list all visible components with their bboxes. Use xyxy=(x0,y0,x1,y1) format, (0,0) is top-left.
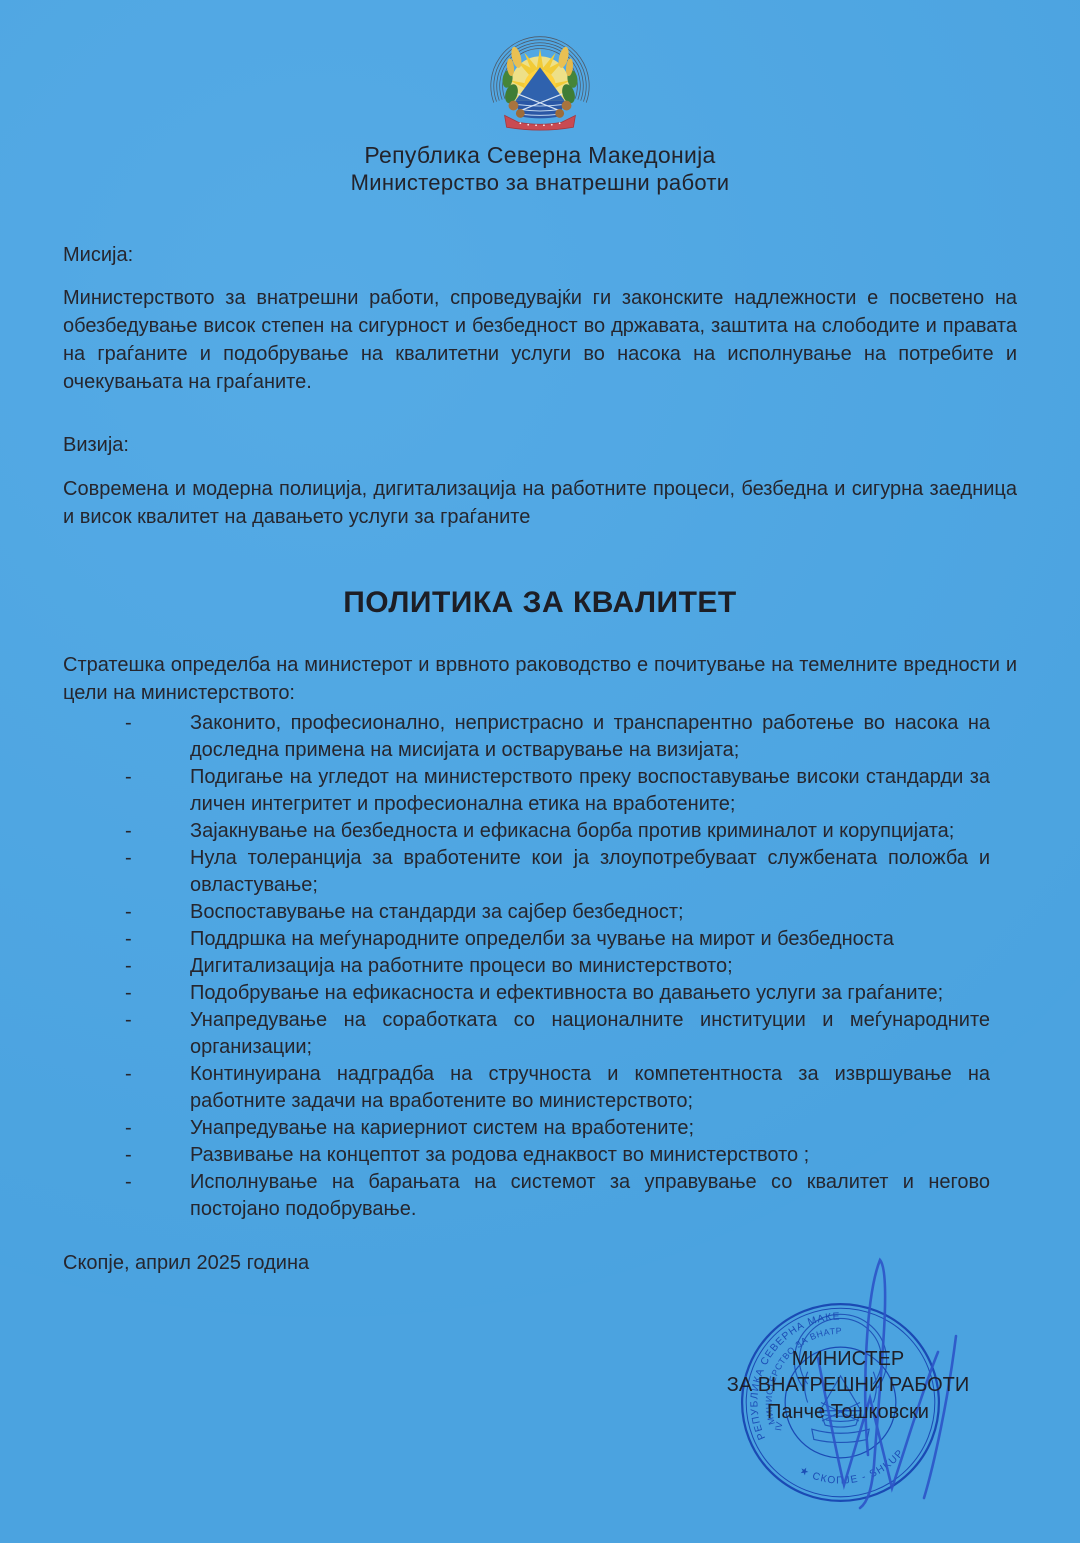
bullet-text: Дигитализација на работните процеси во м… xyxy=(190,953,990,980)
bullet-text: Воспоставување на стандарди за сајбер бе… xyxy=(190,899,990,926)
vision-label: Визија: xyxy=(63,431,1017,459)
bullet-marker: - xyxy=(63,926,190,953)
list-item: - Законито, професионално, непристрасно … xyxy=(63,710,1017,764)
list-item: - Континуирана надградба на стручноста и… xyxy=(63,1061,1017,1115)
bullet-text: Нула толеранција за вработените кои ја з… xyxy=(190,845,990,899)
list-item: - Исполнување на барањата на системот за… xyxy=(63,1169,1017,1223)
list-item: - Развивање на концептот за родова еднак… xyxy=(63,1142,1017,1169)
policy-bullet-list: - Законито, професионално, непристрасно … xyxy=(63,710,1017,1223)
bullet-marker: - xyxy=(63,1142,190,1169)
bullet-text: Унапредување на соработката со националн… xyxy=(190,1007,990,1061)
mission-label: Мисија: xyxy=(63,241,1017,269)
list-item: - Зајакнување на безбедноста и ефикасна … xyxy=(63,818,1017,845)
policy-intro: Стратешка определба на министерот и врвн… xyxy=(63,651,1017,707)
header-emblem xyxy=(0,0,1080,141)
minister-signature-block: МИНИСТЕР ЗА ВНАТРЕШНИ РАБОТИ Панче Тошко… xyxy=(698,1346,998,1425)
bullet-marker: - xyxy=(63,845,190,899)
bullet-marker: - xyxy=(63,899,190,926)
list-item: - Подобрување на ефикасноста и ефективно… xyxy=(63,980,1017,1007)
policy-title: ПОЛИТИКА ЗА КВАЛИТЕТ xyxy=(63,585,1017,621)
list-item: - Подигање на угледот на министерството … xyxy=(63,764,1017,818)
bullet-marker: - xyxy=(63,1115,190,1142)
minister-title-line1: МИНИСТЕР xyxy=(698,1346,998,1372)
list-item: - Дигитализација на работните процеси во… xyxy=(63,953,1017,980)
bullet-marker: - xyxy=(63,1007,190,1061)
document-page: Република Северна Македонија Министерств… xyxy=(0,0,1080,1543)
bullet-marker: - xyxy=(63,818,190,845)
coat-of-arms-icon xyxy=(481,24,599,136)
list-item: - Унапредување на соработката со национа… xyxy=(63,1007,1017,1061)
list-item: - Воспоставување на стандарди за сајбер … xyxy=(63,899,1017,926)
bullet-marker: - xyxy=(63,710,190,764)
list-item: - Унапредување на кариерниот систем на в… xyxy=(63,1115,1017,1142)
header-line-1: Република Северна Македонија xyxy=(0,141,1080,169)
header-line-2: Министерство за внатрешни работи xyxy=(0,169,1080,197)
bullet-text: Подигање на угледот на министерството пр… xyxy=(190,764,990,818)
vision-text: Современа и модерна полиција, дигитализа… xyxy=(63,475,1017,531)
bullet-marker: - xyxy=(63,980,190,1007)
bullet-marker: - xyxy=(63,953,190,980)
list-item: - Нула толеранција за вработените кои ја… xyxy=(63,845,1017,899)
bullet-text: Законито, професионално, непристрасно и … xyxy=(190,710,990,764)
bullet-text: Зајакнување на безбедноста и ефикасна бо… xyxy=(190,818,990,845)
bullet-text: Континуирана надградба на стручноста и к… xyxy=(190,1061,990,1115)
document-body: Мисија: Министерството за внатрешни рабо… xyxy=(63,241,1017,1277)
bullet-marker: - xyxy=(63,764,190,818)
bullet-text: Поддршка на меѓународните определби за ч… xyxy=(190,926,990,953)
minister-title-line2: ЗА ВНАТРЕШНИ РАБОТИ xyxy=(698,1372,998,1398)
list-item: - Поддршка на меѓународните определби за… xyxy=(63,926,1017,953)
bullet-text: Подобрување на ефикасноста и ефективност… xyxy=(190,980,990,1007)
mission-text: Министерството за внатрешни работи, спро… xyxy=(63,284,1017,396)
bullet-text: Исполнување на барањата на системот за у… xyxy=(190,1169,990,1223)
minister-name: Панче Тошковски xyxy=(698,1399,998,1425)
bullet-marker: - xyxy=(63,1169,190,1223)
bullet-text: Развивање на концептот за родова еднакво… xyxy=(190,1142,990,1169)
signature-area: РЕПУБЛИКА СЕВЕРНА МАКЕДОНИЈА ★ REPUBLIKA… xyxy=(690,1240,1030,1530)
bullet-marker: - xyxy=(63,1061,190,1115)
bullet-text: Унапредување на кариерниот систем на вра… xyxy=(190,1115,990,1142)
